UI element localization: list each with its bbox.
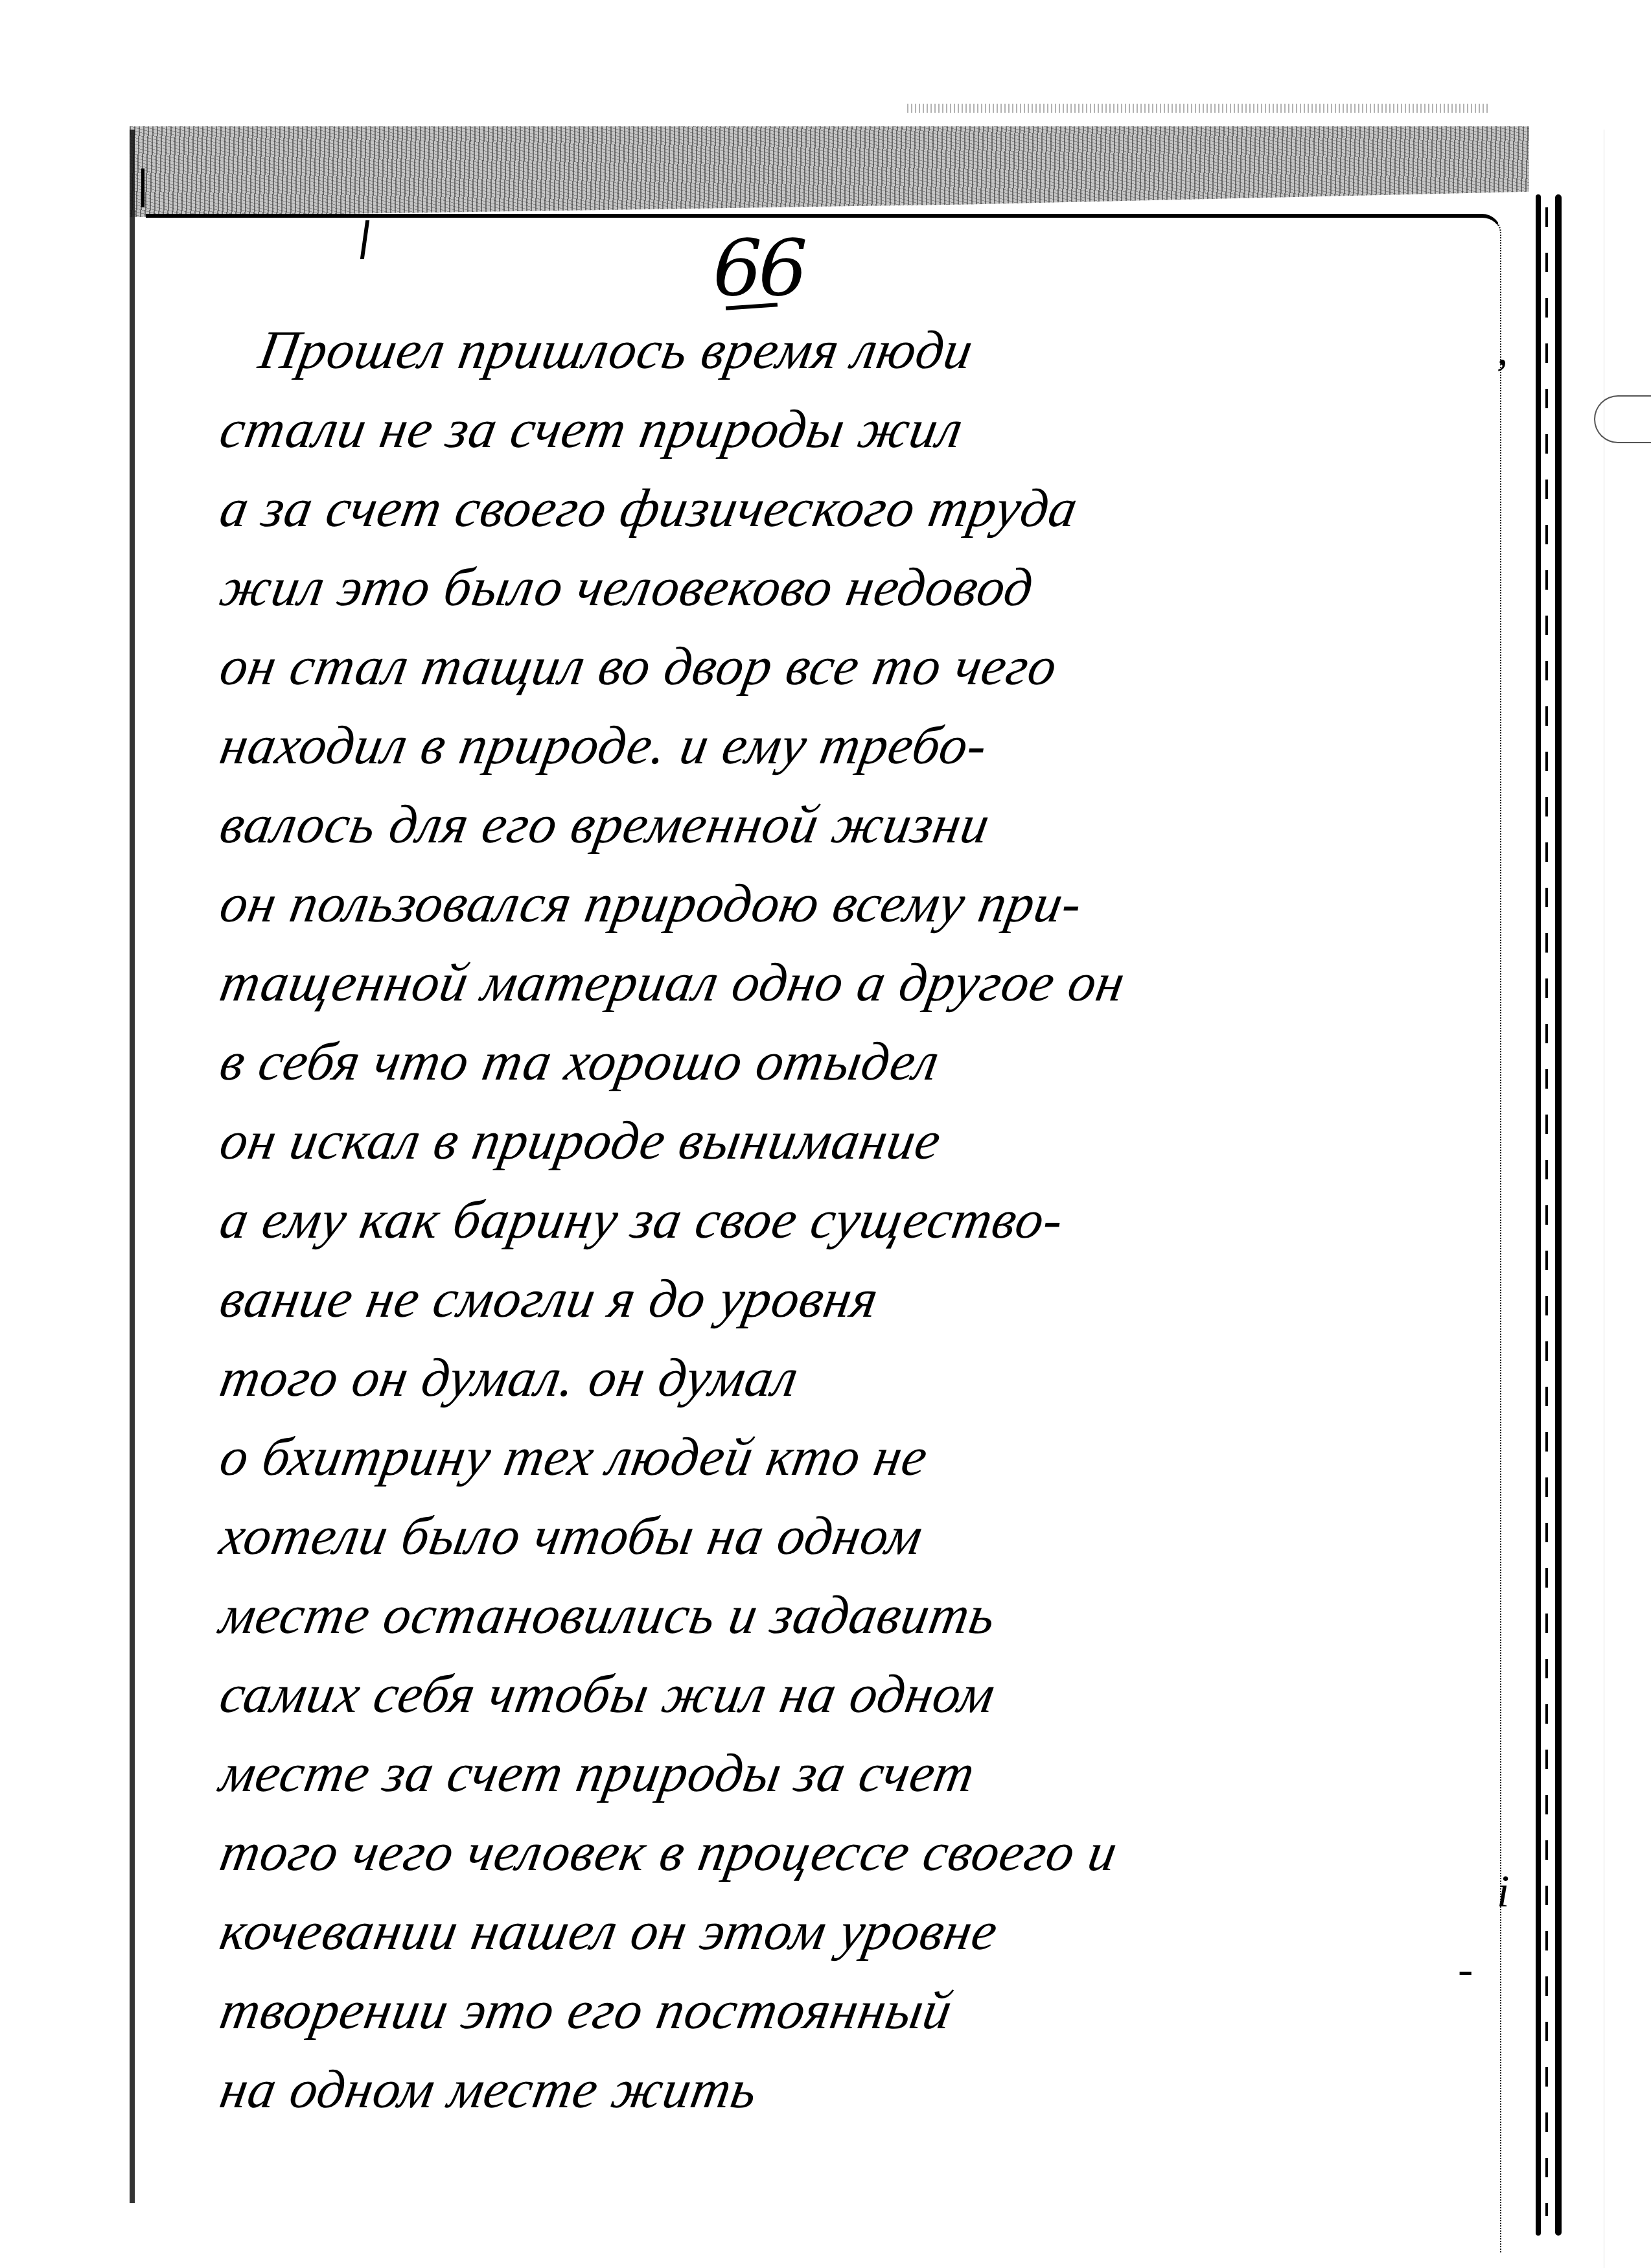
manuscript-line: находил в природе. и ему требо-: [214, 706, 1492, 785]
spine-stitching: [1545, 207, 1548, 2216]
manuscript-line: о бхитрину тех людей кто не: [214, 1418, 1492, 1497]
punch-hole-outline: [1594, 395, 1651, 443]
manuscript-line: творении это его постоянный: [214, 1971, 1492, 2050]
scan-noise-band: [130, 126, 1529, 217]
page-left-edge: [130, 130, 135, 2203]
page-number: 66: [713, 230, 804, 308]
manuscript-line: он стал тащил во двор все то чего: [214, 627, 1492, 706]
manuscript-line: того он думал. он думал: [214, 1339, 1492, 1418]
margin-comma-mark: ,: [1497, 324, 1508, 376]
margin-i-mark: і: [1497, 1866, 1509, 1918]
manuscript-line: а за счет своего физического труда: [214, 469, 1492, 548]
manuscript-line: тащенной материал одно а другое он: [214, 943, 1492, 1023]
scan-edge-line: [1604, 130, 1604, 2268]
left-edge-mark: [141, 168, 144, 207]
manuscript-line: он искал в природе вынимание: [214, 1102, 1492, 1181]
manuscript-line: валось для его временной жизни: [214, 785, 1492, 864]
manuscript-line: а ему как барину за свое существо-: [214, 1181, 1492, 1260]
margin-dash-mark: -: [1458, 1944, 1473, 1996]
manuscript-line: он пользовался природою всему при-: [214, 864, 1492, 943]
manuscript-line: на одном месте жить: [214, 2050, 1492, 2129]
manuscript-line: Прошел пришлось время люди: [214, 311, 1492, 390]
notebook-spine-inner: [1536, 194, 1541, 2236]
manuscript-line: кочевании нашел он этом уровне: [214, 1892, 1492, 1971]
manuscript-line: того чего человек в процессе своего и: [214, 1813, 1492, 1892]
manuscript-line: самих себя чтобы жил на одном: [214, 1655, 1492, 1734]
notebook-spine-outer: [1555, 194, 1562, 2236]
manuscript-line: стали не за счет природы жил: [214, 390, 1492, 469]
manuscript-line: вание не смогли я до уровня: [214, 1260, 1492, 1339]
scan-noise-faint: [907, 104, 1490, 113]
manuscript-body: Прошел пришлось время люди стали не за с…: [214, 311, 1477, 2129]
manuscript-line: хотели было чтобы на одном: [214, 1497, 1492, 1576]
manuscript-line: месте остановились и задавить: [214, 1576, 1492, 1655]
manuscript-line: в себя что та хорошо отыдел: [214, 1023, 1492, 1102]
manuscript-line: месте за счет природы за счет: [214, 1734, 1492, 1813]
manuscript-line: жил это было человеково недовод: [214, 548, 1492, 627]
